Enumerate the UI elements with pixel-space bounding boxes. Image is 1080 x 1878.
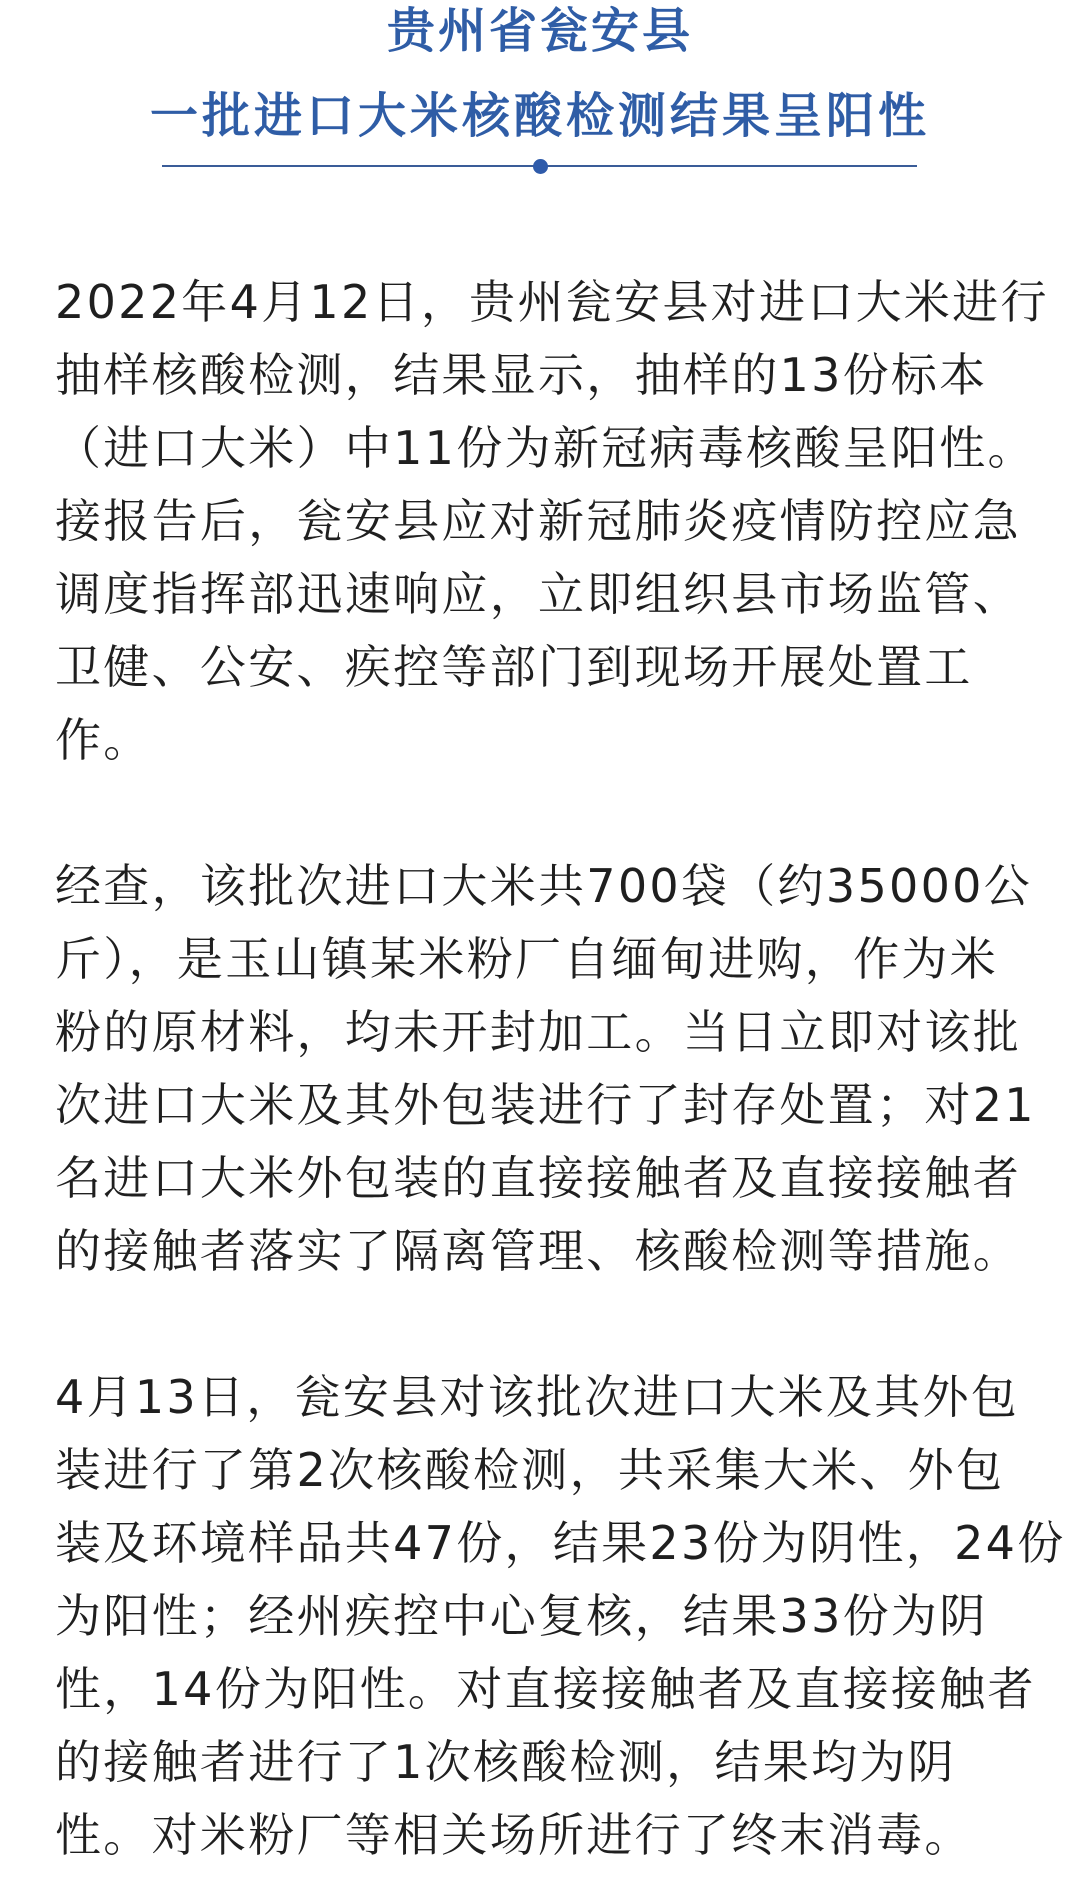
headline-line-2: 一批进口大米核酸检测结果呈阳性: [0, 86, 1080, 146]
divider-dot-icon: [533, 159, 548, 174]
text-line: 卫健、公安、疾控等部门到现场开展处置工: [55, 631, 1045, 704]
text-line: 2022年4月12日，贵州瓮安县对进口大米进行: [55, 266, 1045, 339]
text-line: 的接触者落实了隔离管理、核酸检测等措施。: [55, 1215, 1045, 1288]
text-line: 经查，该批次进口大米共700袋（约35000公: [55, 850, 1045, 923]
text-line: 为阳性；经州疾控中心复核，结果33份为阴: [55, 1580, 1045, 1653]
text-line: 4月13日，瓮安县对该批次进口大米及其外包: [55, 1361, 1045, 1434]
text-line: 的接触者进行了1次核酸检测，结果均为阴: [55, 1726, 1045, 1799]
article-body: 2022年4月12日，贵州瓮安县对进口大米进行 抽样核酸检测，结果显示，抽样的1…: [55, 266, 1045, 1872]
headline-line-1: 贵州省瓮安县: [0, 1, 1080, 61]
text-line: 装进行了第2次核酸检测，共采集大米、外包: [55, 1434, 1045, 1507]
paragraph-3: 4月13日，瓮安县对该批次进口大米及其外包 装进行了第2次核酸检测，共采集大米、…: [55, 1361, 1045, 1872]
text-line: 抽样核酸检测，结果显示，抽样的13份标本: [55, 339, 1045, 412]
paragraph-1: 2022年4月12日，贵州瓮安县对进口大米进行 抽样核酸检测，结果显示，抽样的1…: [55, 266, 1045, 777]
text-line: 调度指挥部迅速响应，立即组织县市场监管、: [55, 558, 1045, 631]
paragraph-2: 经查，该批次进口大米共700袋（约35000公 斤），是玉山镇某米粉厂自缅甸进购…: [55, 850, 1045, 1288]
text-line: 作。: [55, 704, 1045, 777]
text-line: 性。对米粉厂等相关场所进行了终末消毒。: [55, 1799, 1045, 1872]
text-line: 次进口大米及其外包装进行了封存处置；对21: [55, 1069, 1045, 1142]
text-line: 粉的原材料，均未开封加工。当日立即对该批: [55, 996, 1045, 1069]
text-line: 名进口大米外包装的直接接触者及直接接触者: [55, 1142, 1045, 1215]
text-line: 装及环境样品共47份，结果23份为阴性，24份: [55, 1507, 1045, 1580]
text-line: （进口大米）中11份为新冠病毒核酸呈阳性。: [55, 412, 1045, 485]
text-line: 性，14份为阳性。对直接接触者及直接接触者: [55, 1653, 1045, 1726]
text-line: 斤），是玉山镇某米粉厂自缅甸进购，作为米: [55, 923, 1045, 996]
text-line: 接报告后，瓮安县应对新冠肺炎疫情防控应急: [55, 485, 1045, 558]
